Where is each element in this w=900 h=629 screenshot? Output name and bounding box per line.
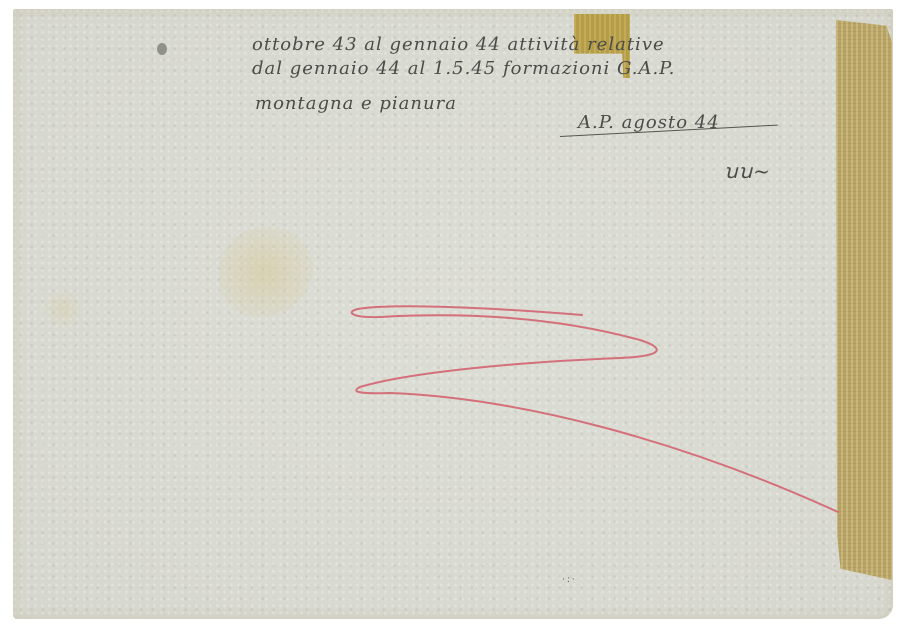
small-marks: ·:· — [562, 575, 577, 585]
red-pencil-scribble — [0, 0, 900, 629]
